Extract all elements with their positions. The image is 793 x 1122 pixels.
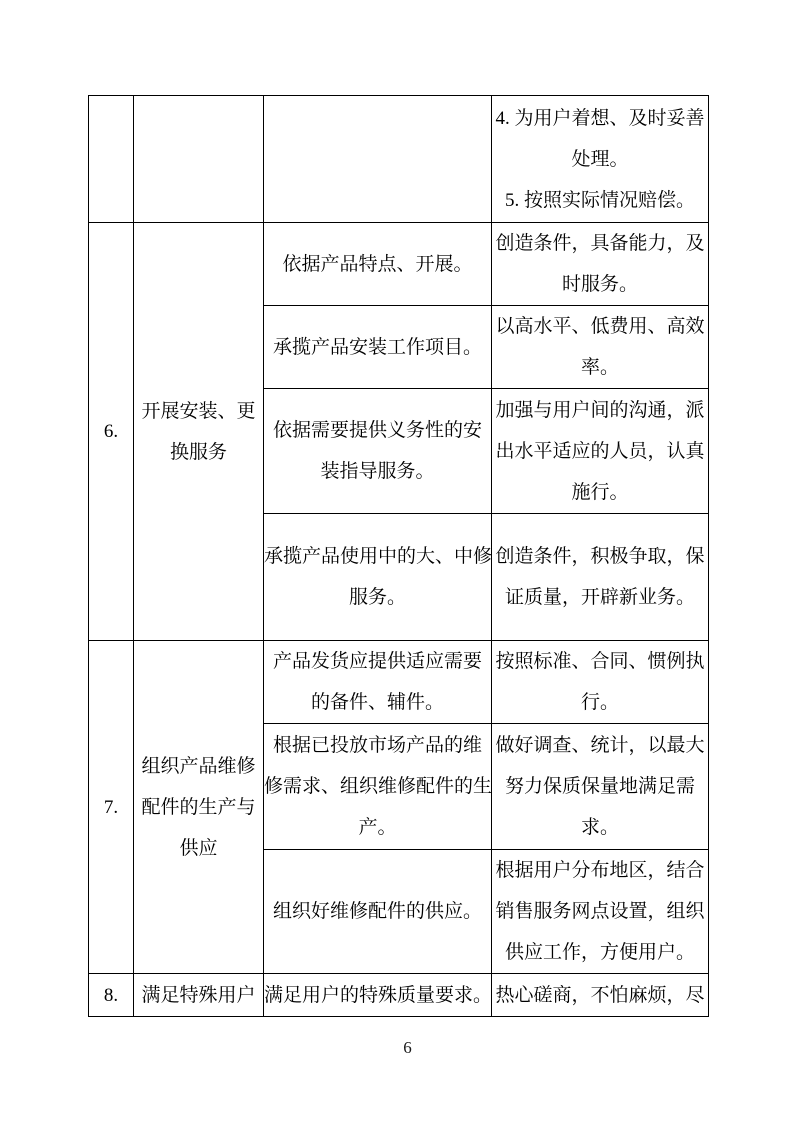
desc-cell: 创造条件，积极争取，保 证质量，开辟新业务。 (492, 514, 709, 641)
desc-cell: 4. 为用户着想、及时妥善 处理。 5. 按照实际情况赔偿。 (492, 96, 709, 223)
desc-cell: 热心磋商，不怕麻烦，尽 (492, 974, 709, 1017)
table-row-partial: 4. 为用户着想、及时妥善 处理。 5. 按照实际情况赔偿。 (89, 96, 709, 223)
item-line: 产。 (264, 807, 491, 848)
row-number-cell (89, 96, 134, 223)
category-line: 组织产品维修 (134, 746, 263, 787)
desc-line: 热心磋商，不怕麻烦，尽 (492, 975, 708, 1016)
desc-line: 处理。 (492, 139, 708, 180)
item-cell: 依据需要提供义务性的安 装指导服务。 (264, 389, 492, 514)
item-cell: 根据已投放市场产品的维 修需求、组织维修配件的生 产。 (264, 724, 492, 850)
item-line: 满足用户的特殊质量要求。 (264, 975, 491, 1016)
desc-cell: 按照标准、合同、惯例执 行。 (492, 641, 709, 724)
category-cell: 满足特殊用户 (134, 974, 264, 1017)
desc-line: 以高水平、低费用、高效 (492, 306, 708, 347)
desc-line: 加强与用户间的沟通，派 (492, 390, 708, 431)
item-cell (264, 96, 492, 223)
category-line: 开展安装、更 (134, 391, 263, 432)
row-number-cell: 6. (89, 223, 134, 641)
item-line: 的备件、辅件。 (264, 682, 491, 723)
row-number-cell: 8. (89, 974, 134, 1017)
item-line: 服务。 (264, 577, 491, 618)
desc-line: 施行。 (492, 472, 708, 513)
item-cell: 承揽产品安装工作项目。 (264, 306, 492, 389)
desc-line: 创造条件，积极争取，保 (492, 536, 708, 577)
item-cell: 组织好维修配件的供应。 (264, 850, 492, 974)
item-line: 修需求、组织维修配件的生 (264, 766, 491, 807)
category-cell: 组织产品维修 配件的生产与 供应 (134, 641, 264, 974)
category-line: 供应 (134, 828, 263, 869)
row-number-cell: 7. (89, 641, 134, 974)
desc-line: 根据用户分布地区，结合 (492, 850, 708, 891)
table-row: 8. 满足特殊用户 满足用户的特殊质量要求。 热心磋商，不怕麻烦，尽 (89, 974, 709, 1017)
category-line: 配件的生产与 (134, 787, 263, 828)
desc-line: 做好调查、统计，以最大 (492, 725, 708, 766)
desc-line: 按照标准、合同、惯例执 (492, 641, 708, 682)
desc-line: 证质量，开辟新业务。 (492, 577, 708, 618)
table-row: 6. 开展安装、更 换服务 依据产品特点、开展。 创造条件，具备能力，及 时服务… (89, 223, 709, 306)
desc-line: 出水平适应的人员，认真 (492, 431, 708, 472)
category-line: 换服务 (134, 432, 263, 473)
service-requirements-table: 4. 为用户着想、及时妥善 处理。 5. 按照实际情况赔偿。 6. 开展安装、更… (88, 95, 709, 1017)
item-line: 依据产品特点、开展。 (264, 244, 491, 285)
desc-cell: 加强与用户间的沟通，派 出水平适应的人员，认真 施行。 (492, 389, 709, 514)
item-cell: 承揽产品使用中的大、中修 服务。 (264, 514, 492, 641)
desc-line: 4. 为用户着想、及时妥善 (492, 98, 708, 139)
desc-cell: 创造条件，具备能力，及 时服务。 (492, 223, 709, 306)
page-number: 6 (0, 1038, 793, 1058)
desc-line: 努力保质保量地满足需 (492, 766, 708, 807)
row-number: 7. (89, 798, 133, 817)
desc-line: 5. 按照实际情况赔偿。 (492, 180, 708, 221)
item-line: 组织好维修配件的供应。 (264, 891, 491, 932)
category-cell (134, 96, 264, 223)
item-line: 承揽产品使用中的大、中修 (264, 536, 491, 577)
item-line: 承揽产品安装工作项目。 (264, 327, 491, 368)
desc-cell: 以高水平、低费用、高效 率。 (492, 306, 709, 389)
table-row: 7. 组织产品维修 配件的生产与 供应 产品发货应提供适应需要 的备件、辅件。 … (89, 641, 709, 724)
category-line: 满足特殊用户 (134, 975, 263, 1016)
item-line: 装指导服务。 (264, 451, 491, 492)
desc-line: 供应工作，方便用户。 (492, 932, 708, 973)
row-number: 8. (89, 986, 133, 1005)
desc-line: 创造条件，具备能力，及 (492, 223, 708, 264)
desc-cell: 根据用户分布地区，结合 销售服务网点设置，组织 供应工作，方便用户。 (492, 850, 709, 974)
item-line: 产品发货应提供适应需要 (264, 641, 491, 682)
desc-line: 求。 (492, 807, 708, 848)
item-cell: 依据产品特点、开展。 (264, 223, 492, 306)
item-cell: 产品发货应提供适应需要 的备件、辅件。 (264, 641, 492, 724)
desc-line: 时服务。 (492, 264, 708, 305)
item-cell: 满足用户的特殊质量要求。 (264, 974, 492, 1017)
desc-line: 销售服务网点设置，组织 (492, 891, 708, 932)
desc-line: 率。 (492, 347, 708, 388)
desc-line: 行。 (492, 682, 708, 723)
desc-cell: 做好调查、统计，以最大 努力保质保量地满足需 求。 (492, 724, 709, 850)
item-line: 根据已投放市场产品的维 (264, 725, 491, 766)
document-page: { "page_number": "6", "table": { "partia… (0, 0, 793, 1122)
category-cell: 开展安装、更 换服务 (134, 223, 264, 641)
item-line: 依据需要提供义务性的安 (264, 410, 491, 451)
row-number: 6. (89, 422, 133, 441)
